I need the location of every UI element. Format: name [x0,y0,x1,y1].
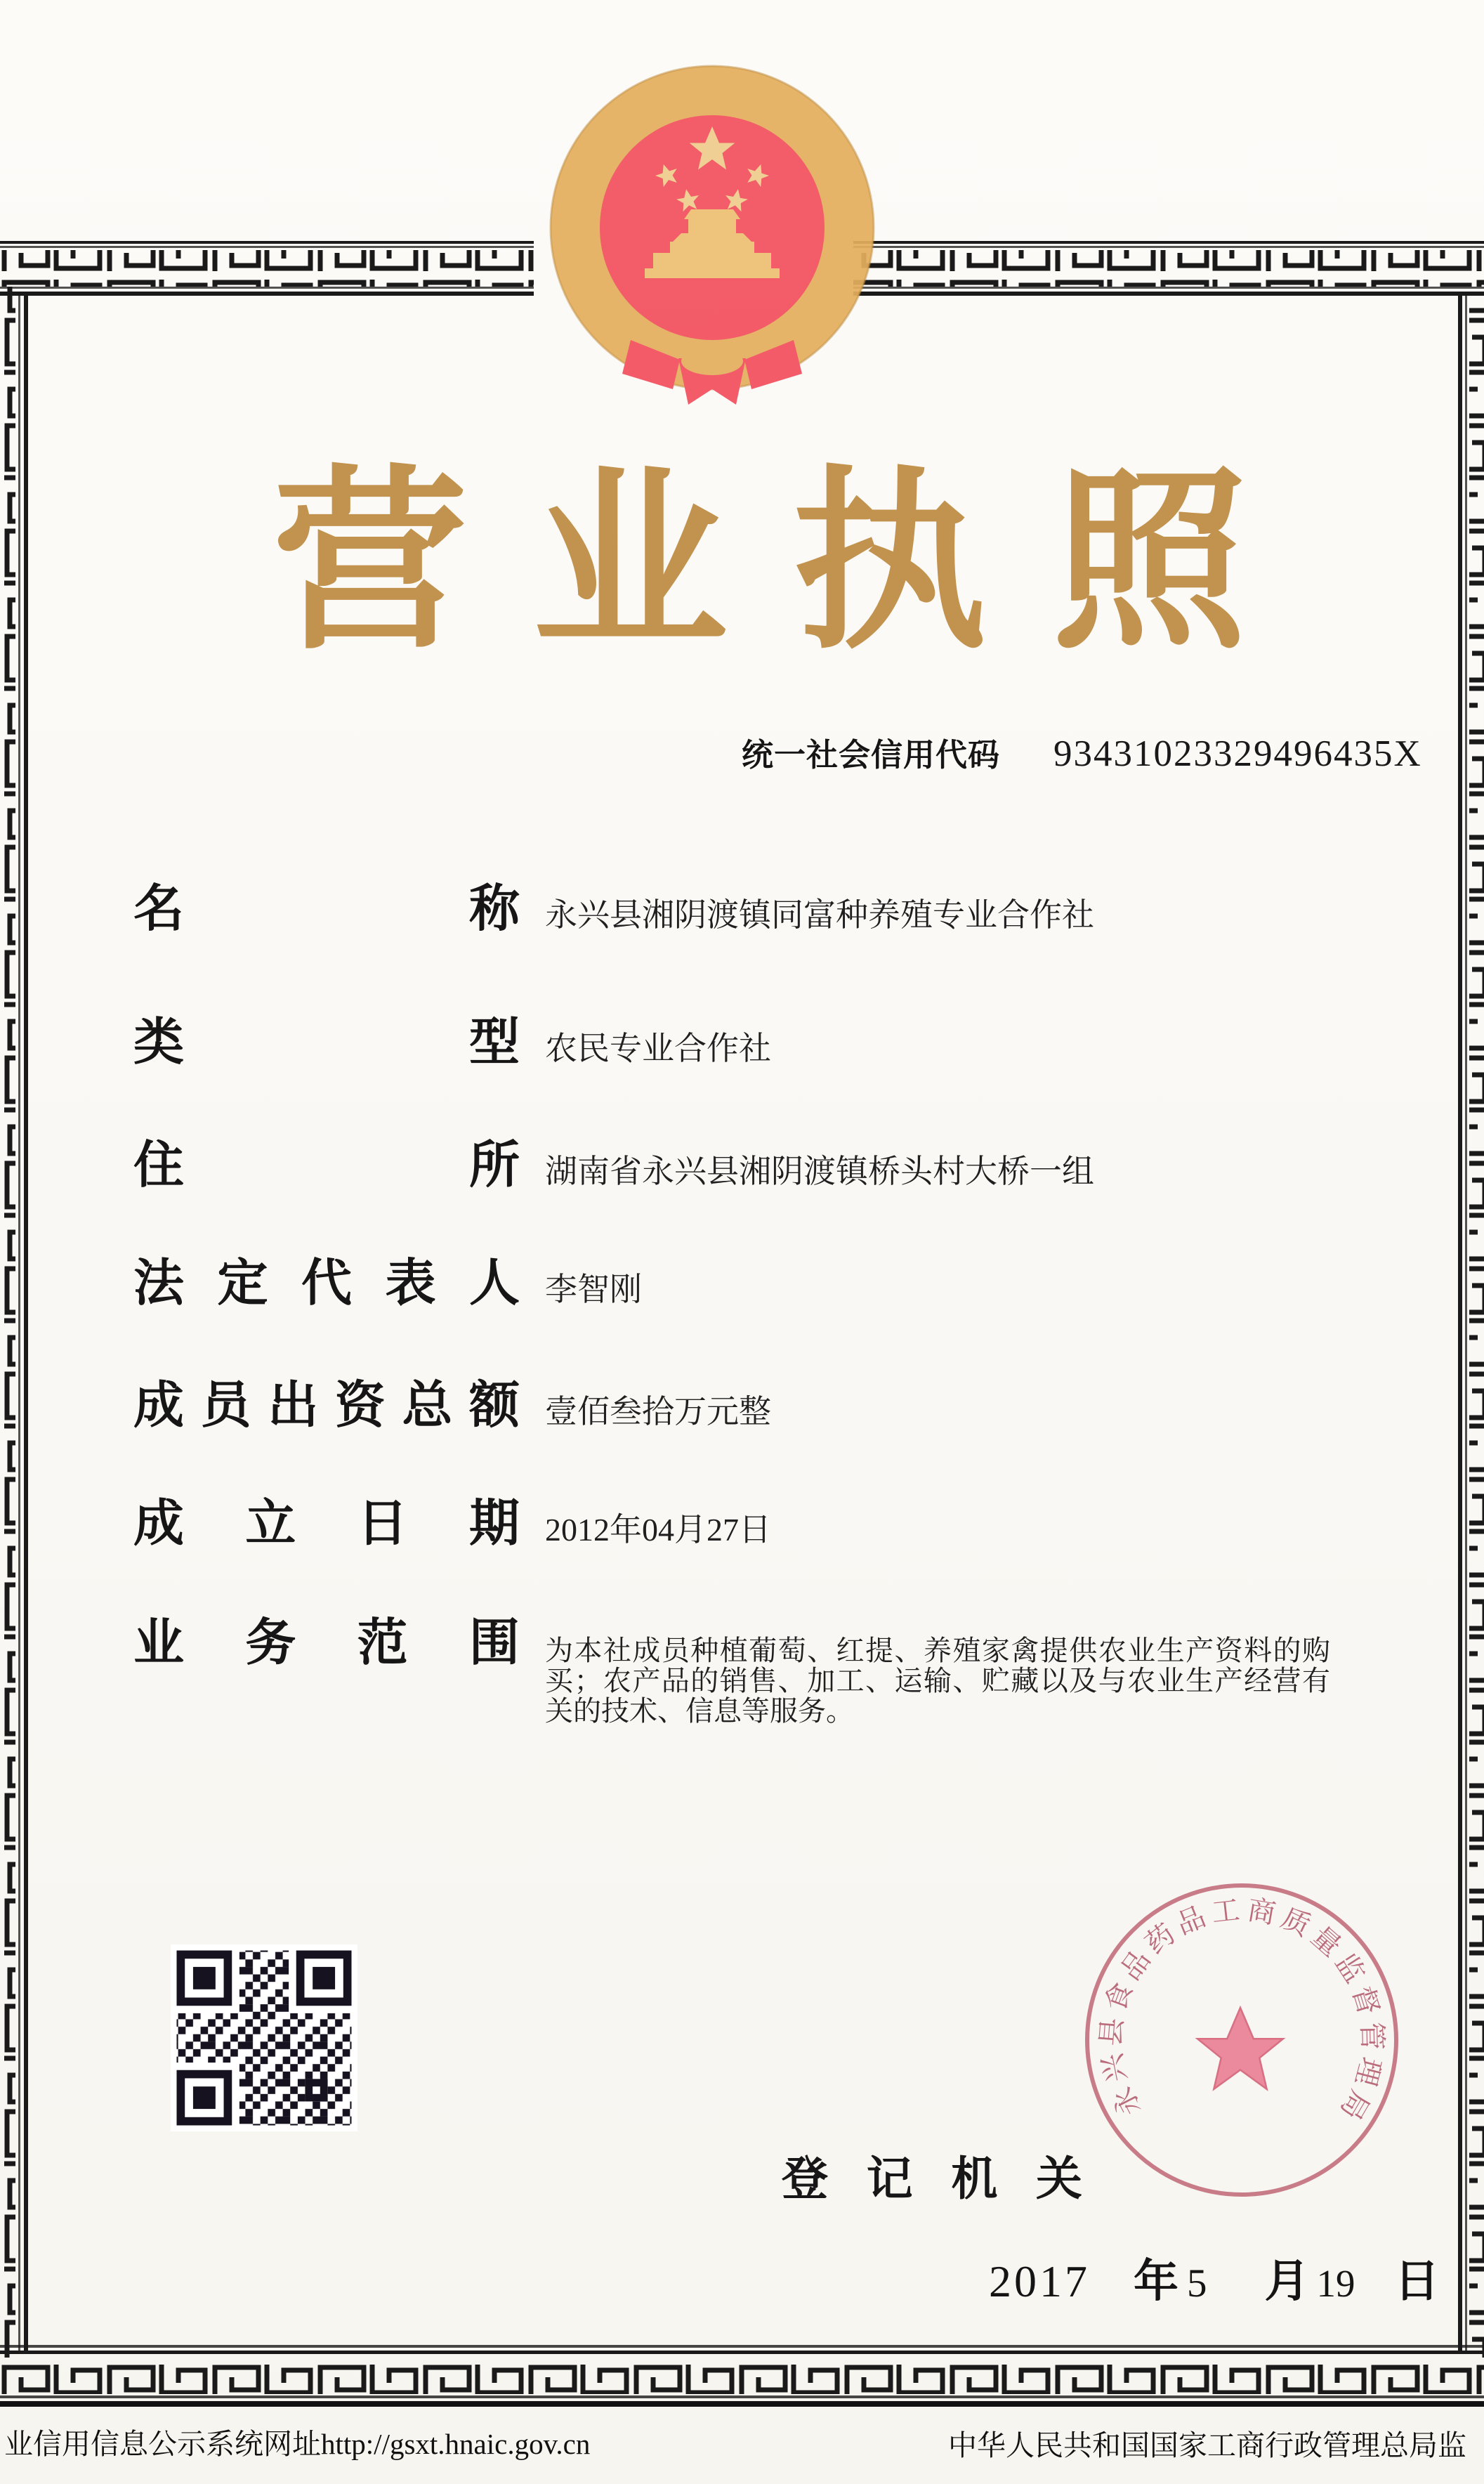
field-label: 成立日期 [133,1494,520,1553]
credit-code-label: 统一社会信用代码 [742,729,1000,775]
field-label: 名称 [133,880,520,939]
footer-issuing-authority: 中华人民共和国国家工商行政管理总局监 [948,2422,1466,2464]
document-title: 营业执照 [272,455,1312,673]
field-row-capital: 成员出资总额 壹佰叁拾万元整 [133,1376,771,1435]
issue-date-year: 2017 [989,2256,1090,2308]
field-row-business-scope: 业务范围 为本社成员种植葡萄、红提、养殖家禽提供农业生产资料的购买；农产品的销售… [133,1614,1330,1726]
field-value: 永兴县湘阴渡镇同富种养殖专业合作社 [545,894,1094,936]
issue-date-year-unit: 年 [1134,2245,1178,2310]
seal-star [1197,2008,1283,2089]
field-row-legal-representative: 法定代表人 李智刚 [133,1254,642,1313]
credit-code-value: 93431023329496435X [1053,733,1422,775]
footer-publicity-system-url: 业信用信息公示系统网址http://gsxt.hnaic.gov.cn [4,2421,590,2462]
credit-code-row: 统一社会信用代码 93431023329496435X [742,729,1422,775]
field-label: 住所 [133,1136,520,1195]
field-value: 2012年04月27日 [545,1509,771,1551]
official-red-seal: 永兴县食品药品工商质量监督管理局 [1079,1877,1405,2203]
field-label: 业务范围 [133,1614,520,1673]
business-license-document: 营业执照 统一社会信用代码 93431023329496435X 名称 永兴县湘… [0,0,1484,2484]
field-value: 壹佰叁拾万元整 [545,1391,771,1433]
issue-date-day: 19 [1317,2261,1355,2306]
field-row-address: 住所 湖南省永兴县湘阴渡镇桥头村大桥一组 [133,1136,1094,1195]
field-label: 法定代表人 [133,1254,520,1313]
field-value: 农民专业合作社 [545,1028,771,1070]
registry-authority-label: 登记机关 [782,2141,1082,2208]
field-row-type: 类型 农民专业合作社 [133,1013,771,1072]
field-value: 李智刚 [545,1269,642,1311]
field-value: 湖南省永兴县湘阴渡镇桥头村大桥一组 [545,1151,1094,1193]
field-label: 类型 [133,1013,520,1072]
field-row-establish-date: 成立日期 2012年04月27日 [133,1494,771,1553]
issue-date-day-unit: 日 [1395,2245,1440,2310]
issue-date-month-unit: 月 [1265,2245,1310,2310]
emblem-ribbon [622,340,802,405]
issue-date-month: 5 [1187,2261,1207,2306]
issue-date: 2017 年 5 月 19 日 [989,2245,1440,2310]
field-row-name: 名称 永兴县湘阴渡镇同富种养殖专业合作社 [133,880,1094,939]
qr-code [171,1944,357,2131]
field-value: 为本社成员种植葡萄、红提、养殖家禽提供农业生产资料的购买；农产品的销售、加工、运… [545,1635,1330,1726]
field-label: 成员出资总额 [133,1376,520,1435]
national-emblem [541,58,884,412]
